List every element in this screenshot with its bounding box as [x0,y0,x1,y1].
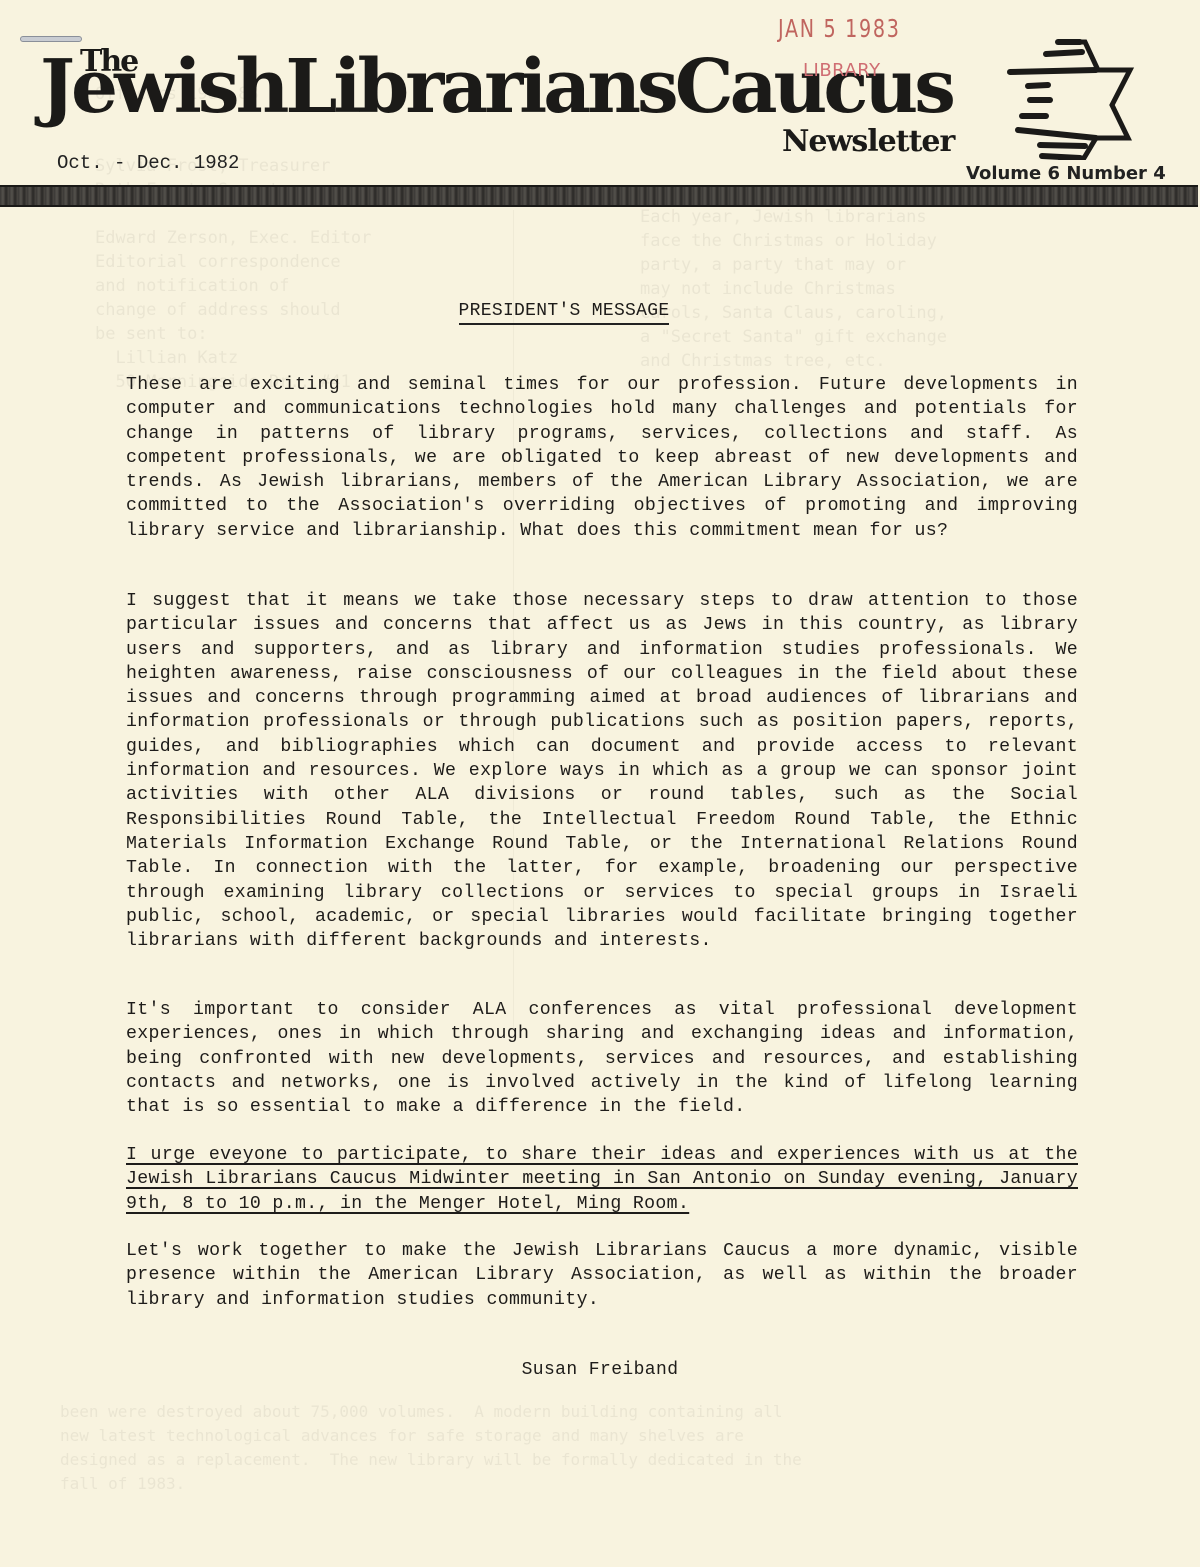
bleed-through-text-bottom: been were destroyed about 75,000 volumes… [60,1400,802,1496]
masthead-rule [0,185,1198,207]
issue-date: Oct. - Dec. 1982 [57,152,239,174]
newsletter-page: Officers 1982-83 Sylvia Frost, Treasurer… [0,0,1200,1567]
staple [20,36,82,42]
paragraph-conferences: It's important to consider ALA conferenc… [126,998,1078,1119]
received-date-stamp: JAN 5 1983 [778,14,901,43]
paragraph-intro: These are exciting and seminal times for… [126,373,1078,543]
paragraph-closing: Let's work together to make the Jewish L… [126,1239,1078,1312]
bleed-through-text-right: Each year, Jewish librarians face the Ch… [640,205,947,373]
masthead-subtitle: Newsletter [782,124,954,159]
signature: Susan Freiband [0,1360,1200,1380]
paragraph-suggestions: I suggest that it means we take those ne… [126,589,1078,953]
volume-number: Volume 6 Number 4 [966,163,1166,184]
heading-text: PRESIDENT'S MESSAGE [459,301,670,325]
library-stamp: LIBRARY [803,60,881,81]
article-heading: PRESIDENT'S MESSAGE [0,301,1128,321]
star-of-david-icon [1000,30,1140,160]
paragraph-meeting-invitation: I urge eveyone to participate, to share … [126,1143,1078,1216]
